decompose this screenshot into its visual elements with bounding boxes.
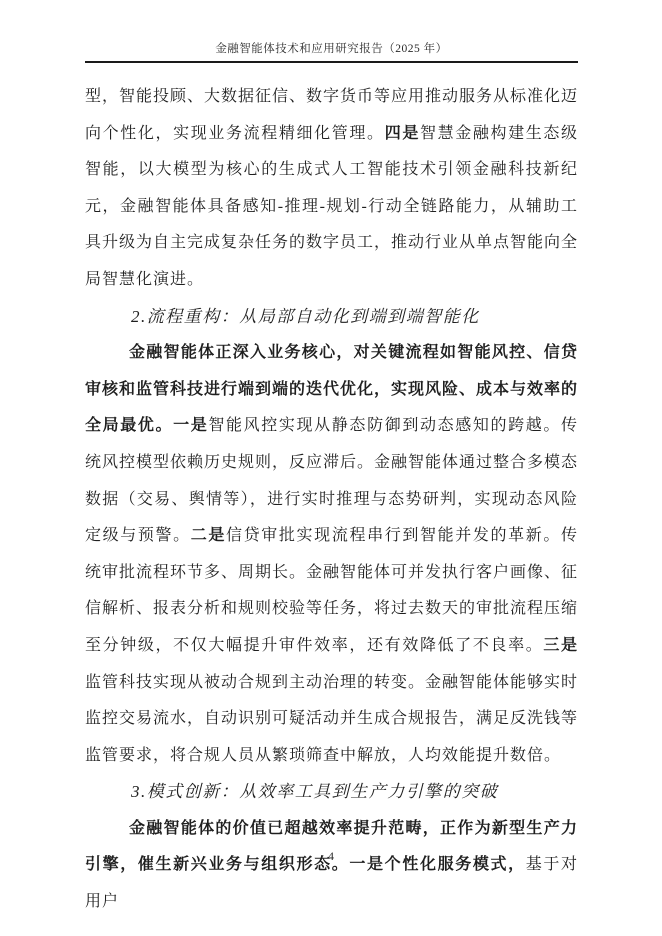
page-number: 4 [328, 849, 334, 863]
text-run: 智能风控实现从静态防御到动态感知的跨越。传统风控模型依赖历史规则，反应滞后。金融… [85, 417, 578, 544]
text-run: 监管科技实现从被动合规到主动治理的转变。金融智能体能够实时监控交易流水，自动识别… [85, 674, 578, 764]
paragraph-model: 金融智能体的价值已超越效率提升范畴，正作为新型生产力引擎，催生新兴业务与组织形态… [85, 811, 578, 921]
section-heading-model: 3.模式创新：从效率工具到生产力引擎的突破 [85, 774, 578, 811]
text-run: 智慧金融构建生态级智能，以大模型为核心的生成式人工智能技术引领金融科技新纪元，金… [85, 125, 578, 288]
text-run-bold: 二是 [191, 527, 226, 544]
section-heading-process: 2.流程重构：从局部自动化到端到端智能化 [85, 299, 578, 336]
paragraph-overview: 型，智能投顾、大数据征信、数字货币等应用推动服务从标准化迈向个性化，实现业务流程… [85, 79, 578, 299]
document-page: 金融智能体技术和应用研究报告（2025 年） 型，智能投顾、大数据征信、数字货币… [0, 0, 662, 936]
text-run-bold: 三是 [543, 637, 578, 654]
header-title: 金融智能体技术和应用研究报告（2025 年） [215, 43, 447, 55]
page-footer: 4 [0, 849, 662, 864]
text-run: 信贷审批实现流程串行到智能并发的革新。传统审批流程环节多、周期长。金融智能体可并… [85, 527, 578, 654]
text-run-bold: 四是 [385, 125, 420, 142]
text-run-bold: 金融智能体的价值已超越效率提升范畴，正作为新型生产力引擎，催生新兴业务与组织形态… [85, 820, 578, 874]
paragraph-process: 金融智能体正深入业务核心，对关键流程如智能风控、信贷审核和监管科技进行端到端的迭… [85, 335, 578, 774]
page-content: 型，智能投顾、大数据征信、数字货币等应用推动服务从标准化迈向个性化，实现业务流程… [85, 79, 578, 921]
page-header: 金融智能体技术和应用研究报告（2025 年） [85, 40, 578, 63]
